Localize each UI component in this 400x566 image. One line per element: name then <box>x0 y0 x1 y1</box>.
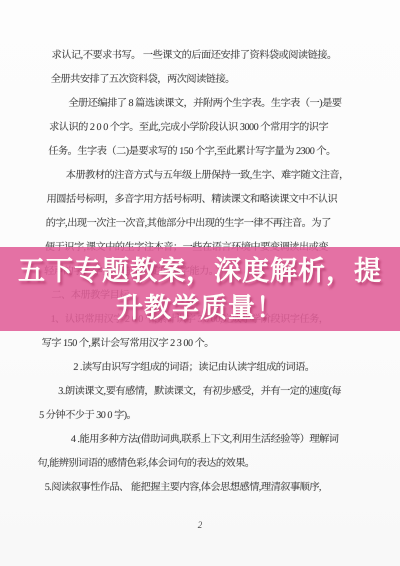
document-line: 写字 150 个,累计会写常用汉字 2 3 00 个。 <box>41 332 336 356</box>
document-line: 任务。生字表（二)是要求写的 150 个字,至此累计写字量为 2300 个。 <box>48 140 343 164</box>
document-page: 求认记,不要求书写。 一些课文的后面还安排了资料袋或阅读链接。 全册共安排了五次… <box>0 0 400 566</box>
document-line: 全册还编排了 8 篇选读课文，并附两个生字表。生字表（一)是要 <box>49 92 344 116</box>
banner-title-line2: 升教学质量！ <box>116 290 284 327</box>
document-line: 用圆括号标明，多音字用方括号标明、精读课文和略读课文中不认识 <box>46 188 341 212</box>
document-line: 5 分钟不少于 30 0 字)。 <box>39 404 334 428</box>
document-line: 全册共安排了五次资料袋，两次阅读链接。 <box>50 68 345 92</box>
document-line: 本册教材的注音方式与五年级上册保持一致,生字、难字随文注音， <box>47 164 342 188</box>
document-line: 求认记,不要求书写。 一些课文的后面还安排了资料袋或阅读链接。 <box>51 44 346 68</box>
document-line: 5.阅读叙事性作品、 能把握主要内容,体会思想感情,理清叙事顺序, <box>36 476 331 500</box>
document-line: 2 .读写由识写字组成的词语；读记由认读字组成的词语。 <box>40 356 335 380</box>
document-line: 求认识的 2 0 0 个字。至此,完成小学阶段认识 3000 个常用字的识字 <box>49 116 344 140</box>
document-line: 的字,出现一次注一次音,其他部分中出现的生字一律不再注音。为了 <box>45 212 340 236</box>
document-line: 句,能辨别词语的感情色彩,体会词句的表达的效果。 <box>37 452 332 476</box>
document-line: 4 .能用多种方法(借助词典,联系上下文,利用生活经验等）理解词 <box>38 428 333 452</box>
banner-title-line1: 五下专题教案，深度解析，提 <box>18 253 382 290</box>
promo-banner: 五下专题教案，深度解析，提 升教学质量！ <box>0 247 400 331</box>
page-number: 2 <box>0 520 400 530</box>
document-line: 3.朗读课文,要有感情，默读课文，有初步感受，并有一定的速度(每 <box>39 380 334 404</box>
